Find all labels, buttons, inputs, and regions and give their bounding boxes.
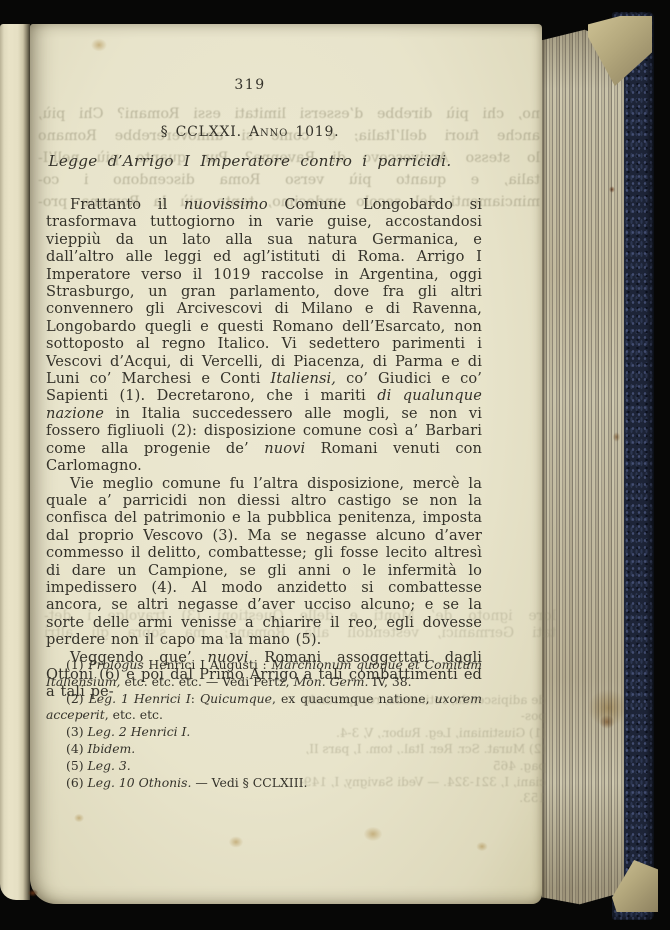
left-page-edge-gutter [0,24,30,900]
footnote-2: (2) Leg. 1 Henrici I: Quicumque, ex quac… [46,691,482,725]
page-stack-fore-edge [542,28,624,906]
footnote-4: (4) Ibidem. [46,741,482,758]
stain [72,812,86,824]
paragraph-1: Frattanto il nuovissimo Comune Longobard… [46,196,482,475]
book-page: no, chi più direbbe d’essersi limitati e… [30,24,542,904]
body-text: Frattanto il nuovissimo Comune Longobard… [46,196,482,701]
paragraph-2: Vie meglio comune fu l’altra disposizion… [46,475,482,649]
footnote-6: (6) Leg. 10 Othonis. — Vedi § CCLXIII. [46,775,482,792]
scanned-book-photo: no, chi più direbbe d’essersi limitati e… [0,0,670,930]
stain [474,840,490,853]
section-heading: § CCLXXI. Anno 1019. [32,124,468,140]
stain [360,824,386,844]
stain [88,36,110,54]
footnote-5: (5) Leg. 3. [46,758,482,775]
page-number: 319 [32,77,468,93]
chapter-subtitle: Legge d’Arrigo I Imperatore contro i par… [32,152,468,170]
footnotes: (1) Prologus Henrici I Augusti : Marchio… [46,657,482,791]
stain [226,834,246,850]
footnote-1: (1) Prologus Henrici I Augusti : Marchio… [46,657,482,691]
footnote-3: (3) Leg. 2 Henrici I. [46,724,482,741]
